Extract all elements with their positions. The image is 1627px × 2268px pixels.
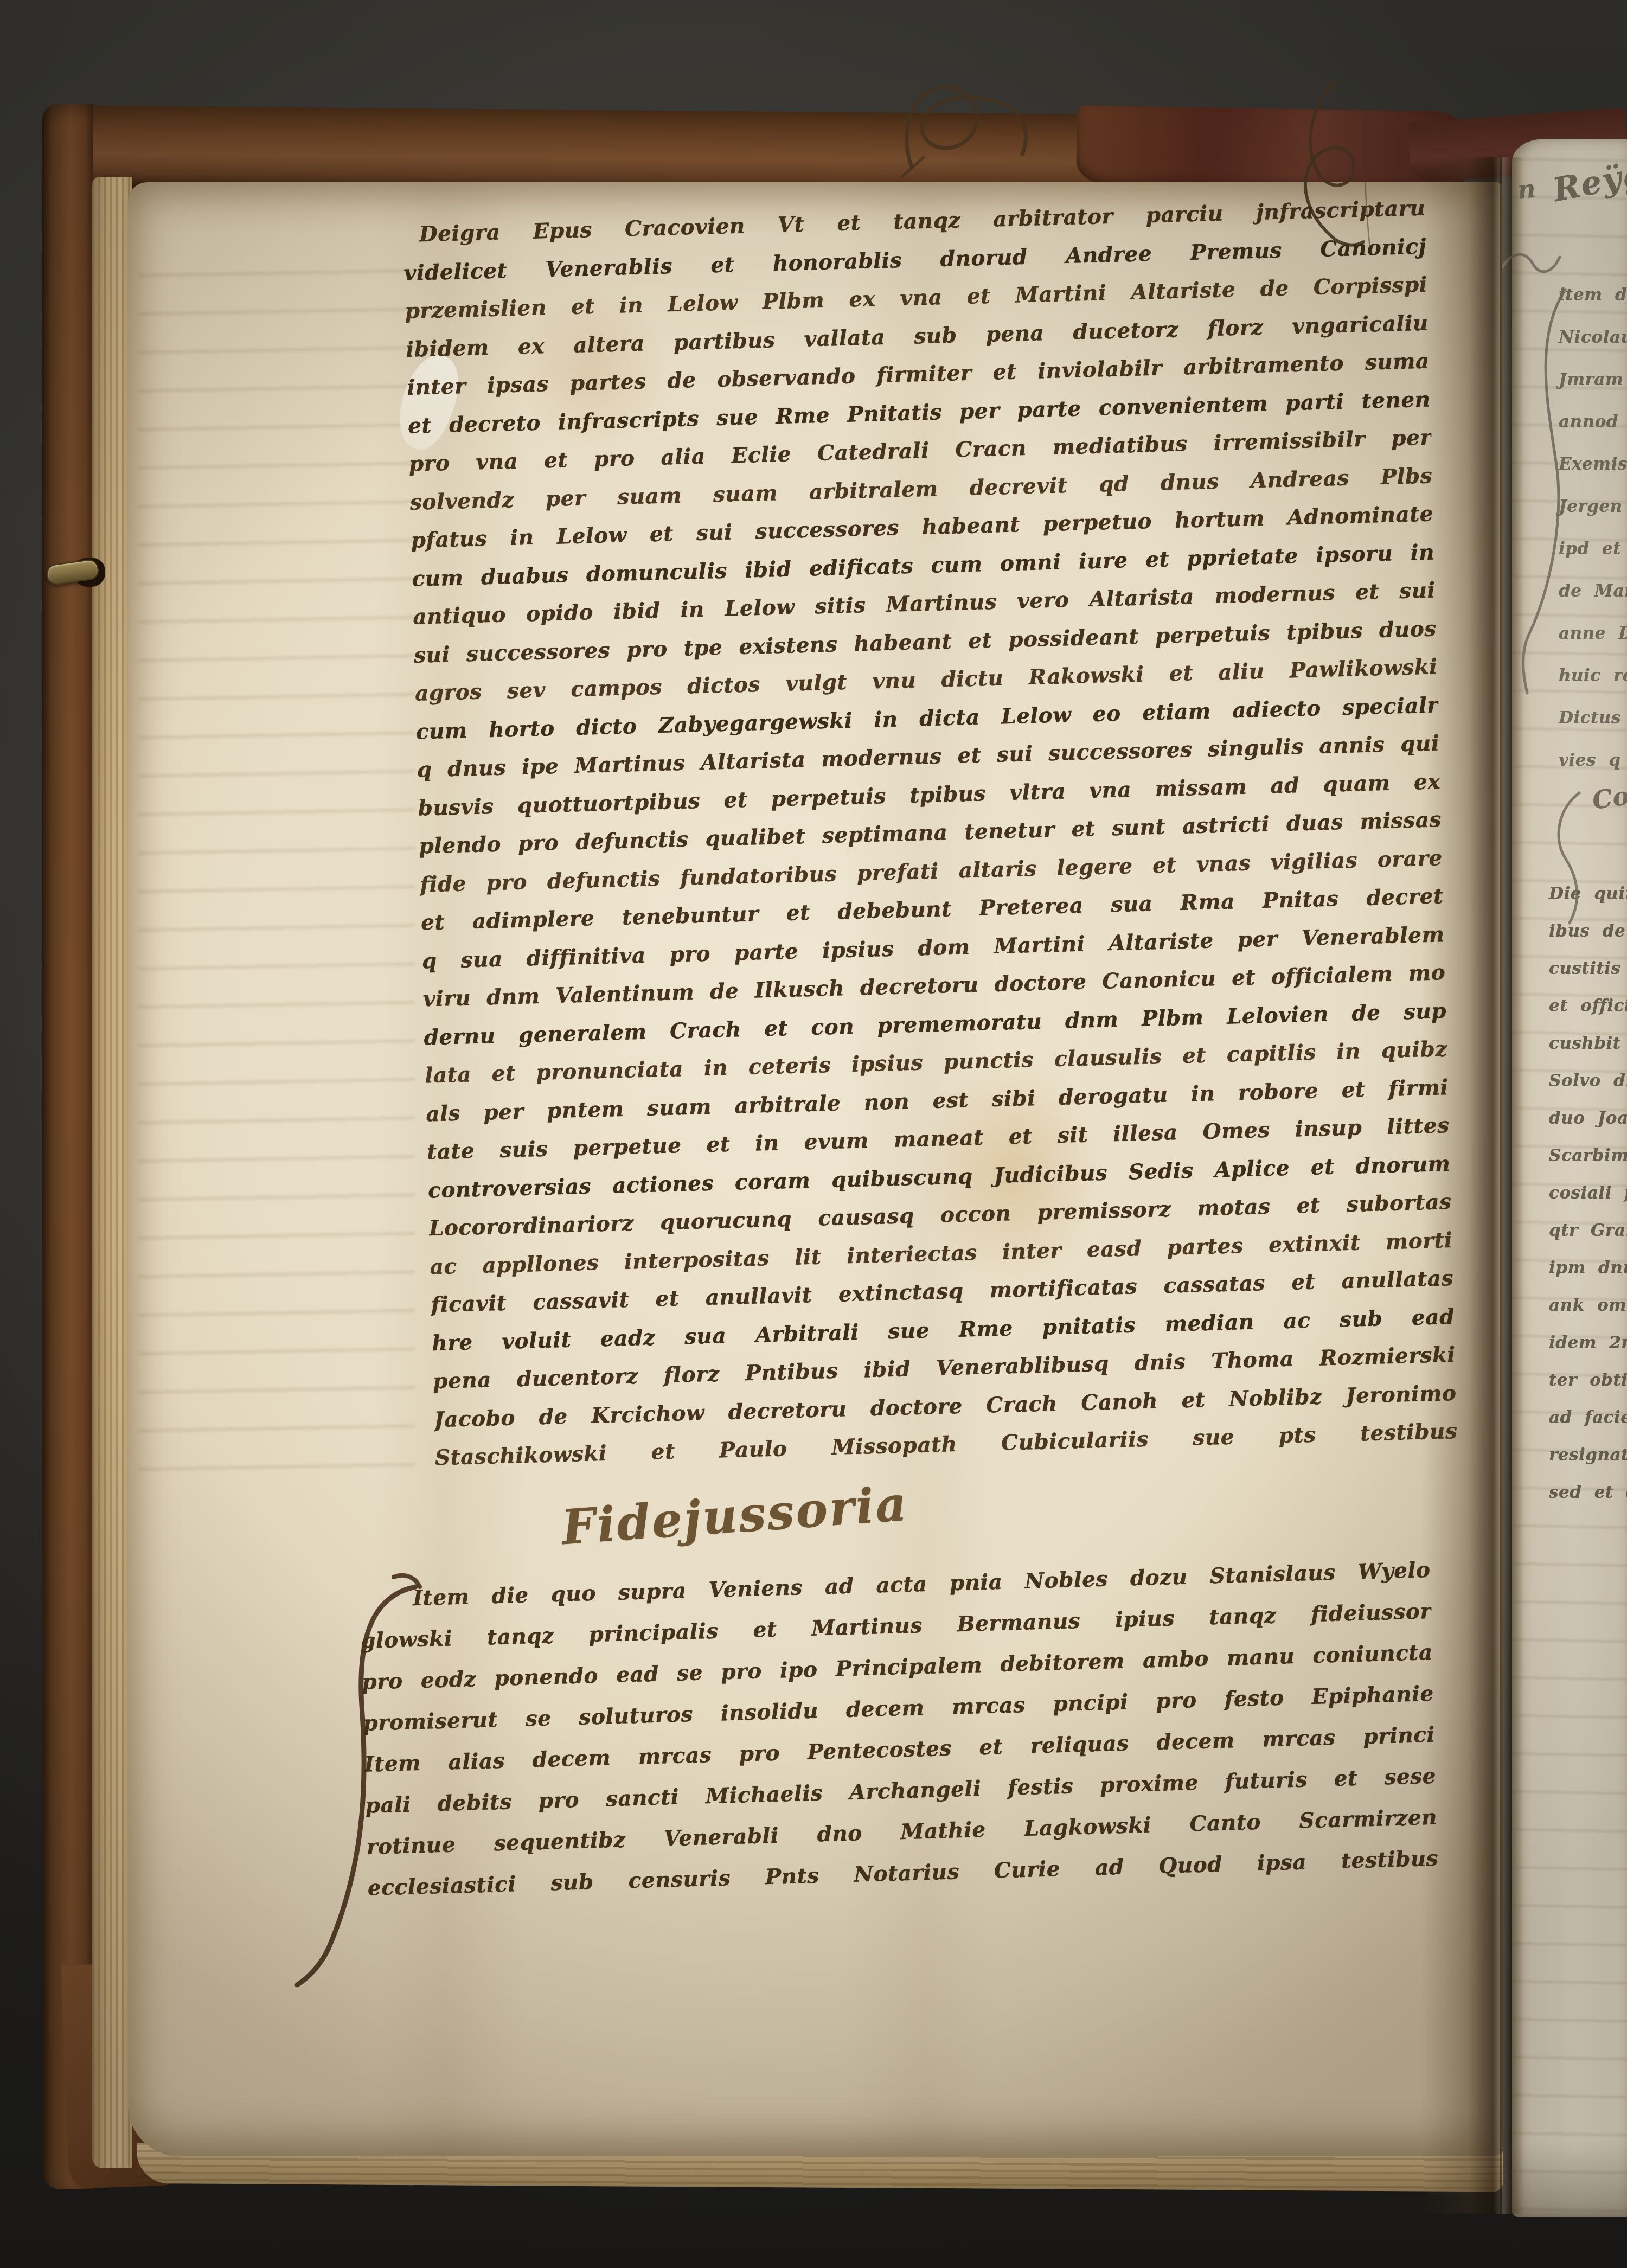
recto-line-fragment: anne Deig — [1559, 612, 1627, 655]
recto-corner-mark: n — [1516, 174, 1537, 204]
ink-bleedthrough-ghost-lines — [138, 247, 415, 1483]
recto-line-fragment: annod vig — [1559, 401, 1627, 443]
recto-line-fragment: ank omn — [1549, 1287, 1627, 1324]
paraph-flourish-icon — [892, 69, 1044, 183]
recto-line-fragment: custitis — [1549, 950, 1627, 988]
recto-line-fragment: Scarbimi — [1549, 1137, 1627, 1175]
recto-line-fragment: resignat — [1549, 1437, 1627, 1474]
recto-line-fragment: ipm dnm — [1549, 1250, 1627, 1287]
recto-line-fragment: item die quo — [1559, 274, 1627, 316]
recto-line-fragment: ad faciend — [1549, 1399, 1627, 1437]
recto-line-fragment: et officiu — [1549, 988, 1627, 1025]
recto-entry1-fragments: item die quoNicolaus SdJmram Saleannod v… — [1559, 274, 1627, 781]
recto-line-fragment: cosiali fr — [1549, 1175, 1627, 1212]
recto-line-fragment: Exemisser — [1559, 443, 1627, 485]
page-edge-stack-left — [92, 177, 132, 2168]
main-entry-text-block: Deigra Epus Cracovien Vt et tanqz arbitr… — [402, 189, 1458, 1477]
recto-line-fragment: sed et de — [1549, 1474, 1627, 1511]
recto-line-fragment: vies q et — [1559, 739, 1627, 781]
recto-line-fragment: Nicolaus Sd — [1559, 316, 1627, 358]
recto-line-fragment: cushbit — [1549, 1025, 1627, 1062]
recto-line-fragment: Jergen Jes — [1559, 485, 1627, 528]
recto-line-fragment: ibus de S — [1549, 913, 1627, 950]
recto-squiggle-icon — [1498, 245, 1563, 278]
fidejussoria-text-block: Item die quo supra Veniens ad acta pnia … — [359, 1549, 1439, 1909]
recto-line-fragment: huic reg — [1559, 655, 1627, 697]
recto-line-fragment: idem 2m — [1549, 1324, 1627, 1362]
recto-entry2-fragments: Die quinibus de Scustitiset officiucushb… — [1549, 875, 1627, 1511]
manuscript-photo: Deigra Epus Cracovien Vt et tanqz arbitr… — [0, 0, 1627, 2268]
recto-line-fragment: Die quin — [1549, 875, 1627, 913]
recto-line-fragment: ter obtin — [1549, 1362, 1627, 1399]
leather-cover-left-edge — [42, 104, 93, 2189]
recto-line-fragment: duo Joann — [1549, 1100, 1627, 1137]
recto-line-fragment: Dictus reg — [1559, 697, 1627, 739]
recto-line-fragment: Jmram Sale — [1559, 358, 1627, 401]
recto-line-fragment: Solvo dmi — [1549, 1062, 1627, 1100]
recto-line-fragment: de Marit — [1559, 570, 1627, 612]
recto-line-fragment: qtr Grand — [1549, 1212, 1627, 1250]
recto-line-fragment: ipd et reg — [1559, 528, 1627, 570]
